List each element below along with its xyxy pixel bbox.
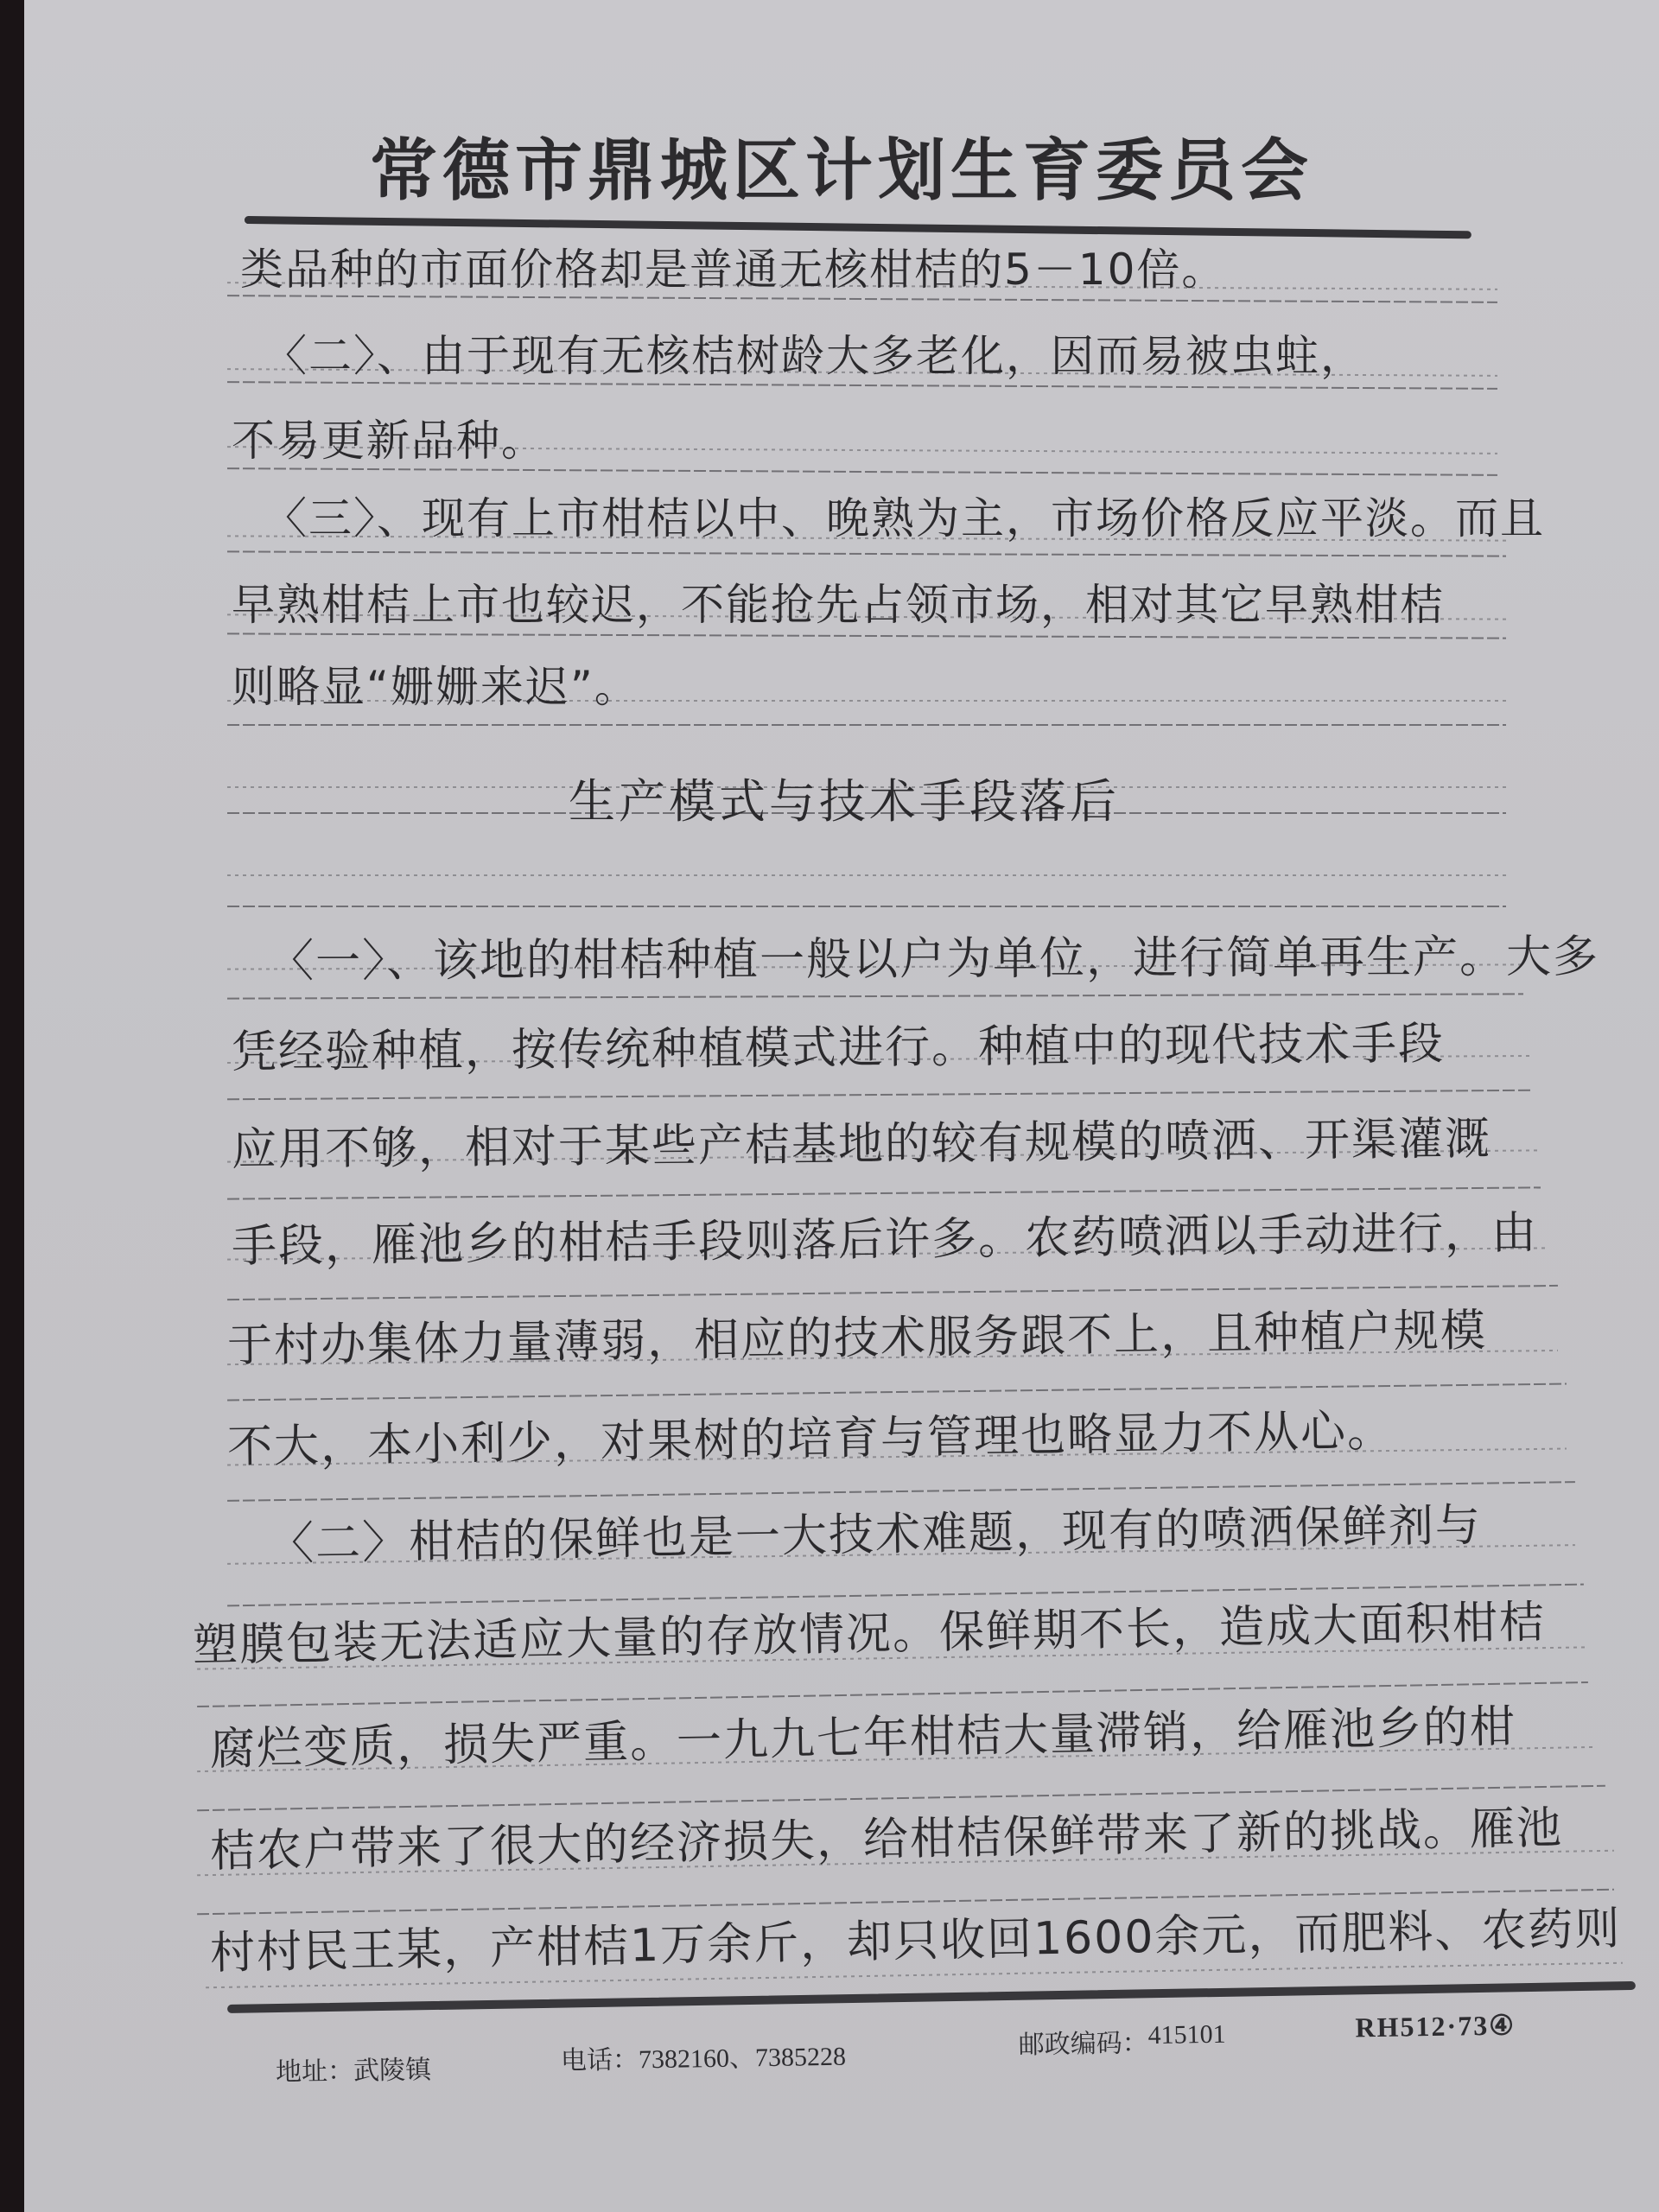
ruled-line — [227, 632, 1506, 639]
ruled-line — [227, 874, 1506, 876]
handwritten-line: 桔农户带来了很大的经济损失，给柑桔保鲜带来了新的挑战。雁池 — [209, 1791, 1563, 1879]
ruled-line — [227, 906, 1506, 907]
ruled-line — [227, 1090, 1532, 1101]
handwritten-line: 〈三〉、现有上市柑桔以中、晚熟为主，市场价格反应平淡。而且 — [240, 484, 1545, 546]
handwritten-line: 类品种的市面价格却是普通无核柑桔的5－10倍。 — [240, 235, 1226, 297]
postcode-label: 邮政编码： — [1018, 2021, 1148, 2061]
phone-value: 7382160、7385228 — [639, 2035, 847, 2076]
handwritten-line: 则略显“姗姗来迟”。 — [232, 652, 639, 715]
handwritten-line: 于村办集体力量薄弱，相应的技术服务跟不上，且种植户规模 — [227, 1294, 1488, 1374]
postcode-value: 415101 — [1147, 2020, 1226, 2050]
handwritten-line: 〈二〉、由于现有无核桔树龄大多老化，因而易被虫蛀， — [240, 321, 1365, 384]
handwritten-line: 早熟柑桔上市也较迟，不能抢先占领市场，相对其它早熟柑桔 — [232, 570, 1445, 632]
handwritten-line: 不易更新品种。 — [232, 406, 546, 468]
letterhead-title: 常德市鼎城区计划生育委员会 — [370, 117, 1389, 213]
form-code: RH512·73④ — [1355, 2008, 1516, 2044]
ruled-line — [227, 550, 1506, 556]
handwritten-line: 凭经验种植，按传统种植模式进行。种植中的现代技术手段 — [232, 1007, 1446, 1080]
ruled-line — [227, 467, 1497, 476]
footer-rule — [227, 1981, 1636, 2013]
handwritten-line: 手段，雁池乡的柑桔手段则落后许多。农药喷洒以手动进行，由 — [232, 1196, 1539, 1274]
address-label: 地址： — [276, 2050, 354, 2088]
handwritten-line: 〈二〉柑桔的保鲜也是一大技术难题，现有的喷洒保鲜剂与 — [244, 1489, 1482, 1573]
ruled-line — [227, 993, 1523, 999]
address-value: 武陵镇 — [353, 2048, 432, 2087]
ruled-line — [227, 724, 1506, 726]
handwritten-line: 〈一〉、该地的柑桔种植一般以户为单位，进行简单再生产。大多 — [245, 920, 1599, 989]
section-heading: 生产模式与技术手段落后 — [569, 765, 1120, 831]
handwritten-line: 塑膜包装无法适应大量的存放情况。保鲜期不长，造成大面积柑桔 — [192, 1586, 1546, 1674]
document-page: 常德市鼎城区计划生育委员会 — [24, 0, 1659, 2212]
handwritten-line: 村村民王某，产柑桔1万余斤，却只收回1600余元，而肥料、农药则 — [209, 1891, 1621, 1980]
phone-label: 电话： — [561, 2037, 639, 2076]
handwritten-line: 应用不够，相对于某些产桔基地的较有规模的喷洒、开渠灌溉 — [232, 1102, 1492, 1178]
handwritten-line: 不大，本小利少，对果树的培育与管理也略显力不从心。 — [226, 1394, 1394, 1475]
